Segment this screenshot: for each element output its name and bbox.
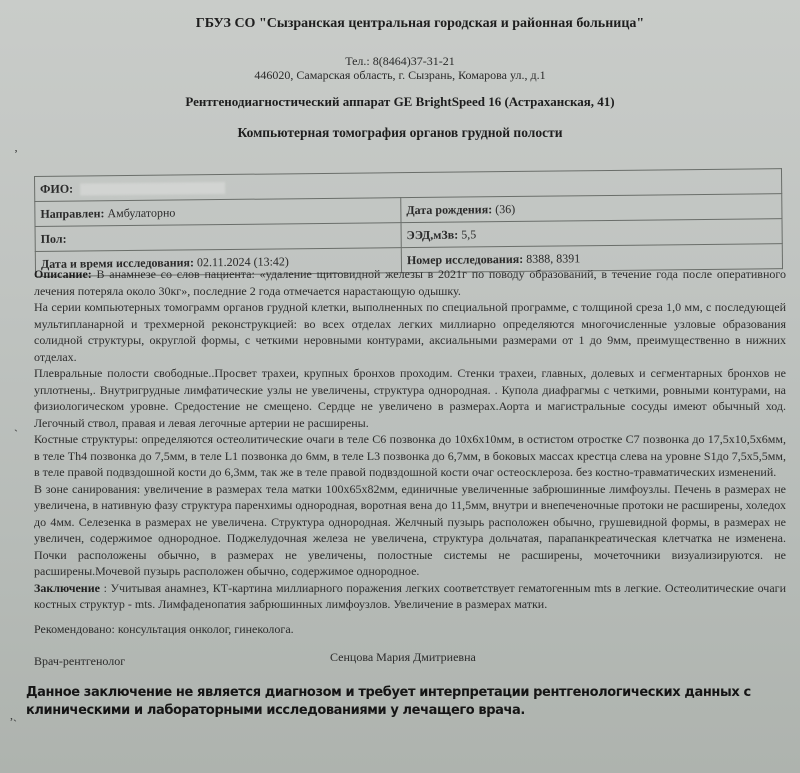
patient-info-table: ФИО: Направлен: Амбулаторно Дата рождени…: [34, 168, 783, 277]
conclusion-paragraph: Заключение : Учитывая анамнез, КТ-картин…: [34, 580, 786, 613]
dose-label: ЭЭД,мЗв:: [407, 227, 459, 242]
dose-value: 5,5: [461, 227, 476, 241]
referral-label: Направлен:: [40, 206, 104, 221]
bones-paragraph: Костные структуры: определяются остеолит…: [34, 431, 786, 481]
report-body: Описание: В анамнезе со слов пациента: «…: [34, 266, 786, 613]
description-anamnesis: В анамнезе со слов пациента: «удаление щ…: [34, 267, 786, 298]
referral-value: Амбулаторно: [107, 205, 175, 220]
medical-report-page: ГБУЗ СО "Сызранская центральная городска…: [0, 0, 800, 773]
phone-number: Тел.: 8(8464)37-31-21: [0, 54, 800, 69]
device-name: Рентгенодиагностический аппарат GE Brigh…: [0, 94, 800, 110]
disclaimer: Данное заключение не является диагнозом …: [26, 684, 796, 720]
referral-cell: Направлен: Амбулаторно: [35, 198, 401, 227]
study-number-value: 8388, 8391: [526, 251, 580, 266]
description-paragraph: Описание: В анамнезе со слов пациента: «…: [34, 266, 786, 299]
sex-label: Пол:: [41, 231, 67, 245]
pen-mark: ,ˏ: [10, 708, 17, 723]
pleura-paragraph: Плевральные полости свободные..Просвет т…: [34, 365, 786, 431]
description-label: Описание:: [34, 267, 92, 281]
report-title: Компьютерная томография органов грудной …: [0, 125, 800, 141]
pen-mark: ‚: [14, 140, 18, 155]
organization-name: ГБУЗ СО "Сызранская центральная городска…: [20, 16, 800, 32]
doctor-name: Сенцова Мария Дмитриевна: [330, 650, 476, 665]
birth-value: (36): [495, 201, 515, 215]
conclusion-label: Заключение: [34, 581, 100, 595]
recommendation: Рекомендовано: консультация онколог, гин…: [34, 622, 294, 637]
sex-cell: Пол:: [35, 223, 401, 252]
fio-label: ФИО:: [40, 181, 73, 195]
address: 446020, Самарская область, г. Сызрань, К…: [0, 68, 800, 83]
doctor-role: Врач-рентгенолог: [34, 654, 125, 669]
lungs-paragraph: На серии компьютерных томограмм органов …: [34, 299, 786, 365]
abdomen-paragraph: В зоне санирования: увеличение в размера…: [34, 481, 786, 580]
conclusion-text: : Учитывая анамнез, КТ-картина миллиарно…: [34, 581, 786, 612]
fio-redacted: [80, 182, 225, 196]
birth-label: Дата рождения:: [406, 202, 492, 217]
study-number-label: Номер исследования:: [407, 251, 523, 266]
pen-mark: ˏ: [14, 418, 18, 433]
